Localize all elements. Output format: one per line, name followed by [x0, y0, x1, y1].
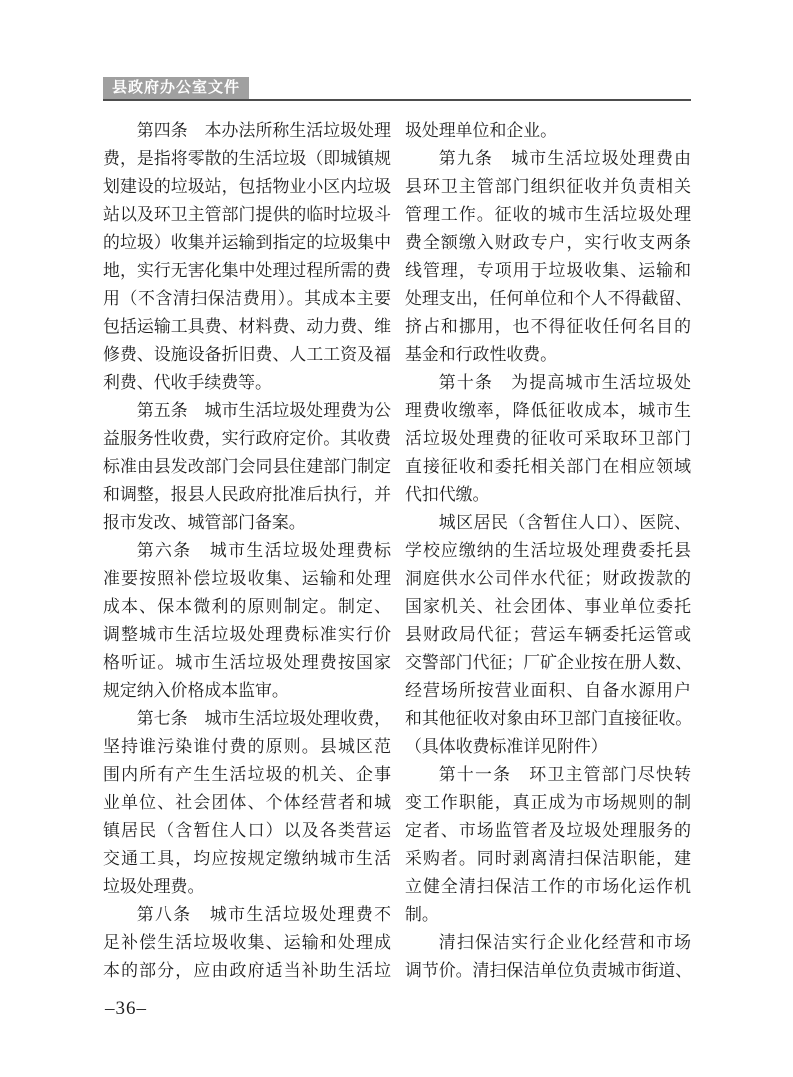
text-line: 本的部分，应由政府适当补助生活垃: [103, 957, 391, 985]
text-line: 学校应缴纳的生活垃圾处理费委托县: [405, 537, 691, 565]
text-line: 交警部门代征；厂矿企业按在册人数、: [405, 649, 691, 677]
text-line: 和其他征收对象由环卫部门直接征收。: [405, 705, 691, 733]
text-line: 理费收缴率，降低征收成本，城市生: [405, 397, 691, 425]
text-line: 益服务性收费，实行政府定价。其收费: [103, 425, 391, 453]
text-line: 利费、代收手续费等。: [103, 369, 391, 397]
text-line: 成本、保本微利的原则制定。制定、: [103, 593, 391, 621]
text-line: 调整城市生活垃圾处理费标准实行价: [103, 621, 391, 649]
text-line: 经营场所按营业面积、自备水源用户: [405, 677, 691, 705]
text-line: 坚持谁污染谁付费的原则。县城区范: [103, 733, 391, 761]
text-line: 活垃圾处理费的征收可采取环卫部门: [405, 425, 691, 453]
document-header: 县政府办公室文件: [103, 77, 691, 101]
text-line: 第十条 为提高城市生活垃圾处: [405, 369, 691, 397]
text-line: 立健全清扫保洁工作的市场化运作机: [405, 873, 691, 901]
text-line: 基金和行政性收费。: [405, 341, 691, 369]
text-line: 第十一条 环卫主管部门尽快转: [405, 761, 691, 789]
text-line: 划建设的垃圾站，包括物业小区内垃圾: [103, 173, 391, 201]
text-line: 第五条 城市生活垃圾处理费为公: [103, 397, 391, 425]
text-line: 县环卫主管部门组织征收并负责相关: [405, 173, 691, 201]
document-page: 县政府办公室文件 第四条 本办法所称生活垃圾处理费，是指将零散的生活垃圾（即城镇…: [0, 0, 793, 1077]
text-line: 直接征收和委托相关部门在相应领域: [405, 453, 691, 481]
text-line: 交通工具，均应按规定缴纳城市生活: [103, 845, 391, 873]
text-line: 准要按照补偿垃圾收集、运输和处理: [103, 565, 391, 593]
text-line: 清扫保洁实行企业化经营和市场: [405, 929, 691, 957]
text-line: 圾处理单位和企业。: [405, 117, 691, 145]
column-left: 第四条 本办法所称生活垃圾处理费，是指将零散的生活垃圾（即城镇规划建设的垃圾站，…: [103, 117, 391, 985]
text-line: 报市发改、城管部门备案。: [103, 509, 391, 537]
text-line: 地，实行无害化集中处理过程所需的费: [103, 257, 391, 285]
text-line: 修费、设施设备折旧费、人工工资及福: [103, 341, 391, 369]
text-line: 第七条 城市生活垃圾处理收费，: [103, 705, 391, 733]
text-line: 采购者。同时剥离清扫保洁职能，建: [405, 845, 691, 873]
text-line: 镇居民（含暂住人口）以及各类营运: [103, 817, 391, 845]
text-line: 垃圾处理费。: [103, 873, 391, 901]
text-line: 第九条 城市生活垃圾处理费由: [405, 145, 691, 173]
text-line: 标准由县发改部门会同县住建部门制定: [103, 453, 391, 481]
text-line: 围内所有产生生活垃圾的机关、企事: [103, 761, 391, 789]
text-line: 包括运输工具费、材料费、动力费、维: [103, 313, 391, 341]
text-line: 第八条 城市生活垃圾处理费不: [103, 901, 391, 929]
text-line: 足补偿生活垃圾收集、运输和处理成: [103, 929, 391, 957]
text-line: 管理工作。征收的城市生活垃圾处理: [405, 201, 691, 229]
text-line: 格听证。城市生活垃圾处理费按国家: [103, 649, 391, 677]
body-columns: 第四条 本办法所称生活垃圾处理费，是指将零散的生活垃圾（即城镇规划建设的垃圾站，…: [103, 117, 691, 985]
text-line: 第六条 城市生活垃圾处理费标: [103, 537, 391, 565]
text-line: 线管理，专项用于垃圾收集、运输和: [405, 257, 691, 285]
text-line: 定者、市场监管者及垃圾处理服务的: [405, 817, 691, 845]
text-line: （具体收费标准详见附件）: [405, 733, 691, 761]
text-line: 处理支出，任何单位和个人不得截留、: [405, 285, 691, 313]
header-rule: [103, 99, 691, 101]
text-line: 第四条 本办法所称生活垃圾处理: [103, 117, 391, 145]
text-line: 和调整，报县人民政府批准后执行，并: [103, 481, 391, 509]
header-label: 县政府办公室文件: [103, 77, 249, 99]
text-line: 费，是指将零散的生活垃圾（即城镇规: [103, 145, 391, 173]
text-line: 费全额缴入财政专户，实行收支两条: [405, 229, 691, 257]
text-line: 洞庭供水公司伴水代征；财政拨款的: [405, 565, 691, 593]
text-line: 站以及环卫主管部门提供的临时垃圾斗: [103, 201, 391, 229]
column-right: 圾处理单位和企业。第九条 城市生活垃圾处理费由县环卫主管部门组织征收并负责相关管…: [405, 117, 691, 985]
text-line: 业单位、社会团体、个体经营者和城: [103, 789, 391, 817]
text-line: 城区居民（含暂住人口）、医院、: [405, 509, 691, 537]
page-number: –36–: [105, 998, 147, 1020]
text-line: 规定纳入价格成本监审。: [103, 677, 391, 705]
text-line: 县财政局代征；营运车辆委托运管或: [405, 621, 691, 649]
text-line: 代扣代缴。: [405, 481, 691, 509]
text-line: 调节价。清扫保洁单位负责城市街道、: [405, 957, 691, 985]
text-line: 挤占和挪用，也不得征收任何名目的: [405, 313, 691, 341]
text-line: 国家机关、社会团体、事业单位委托: [405, 593, 691, 621]
text-line: 用（不含清扫保洁费用）。其成本主要: [103, 285, 391, 313]
text-line: 变工作职能，真正成为市场规则的制: [405, 789, 691, 817]
text-line: 制。: [405, 901, 691, 929]
text-line: 的垃圾）收集并运输到指定的垃圾集中: [103, 229, 391, 257]
